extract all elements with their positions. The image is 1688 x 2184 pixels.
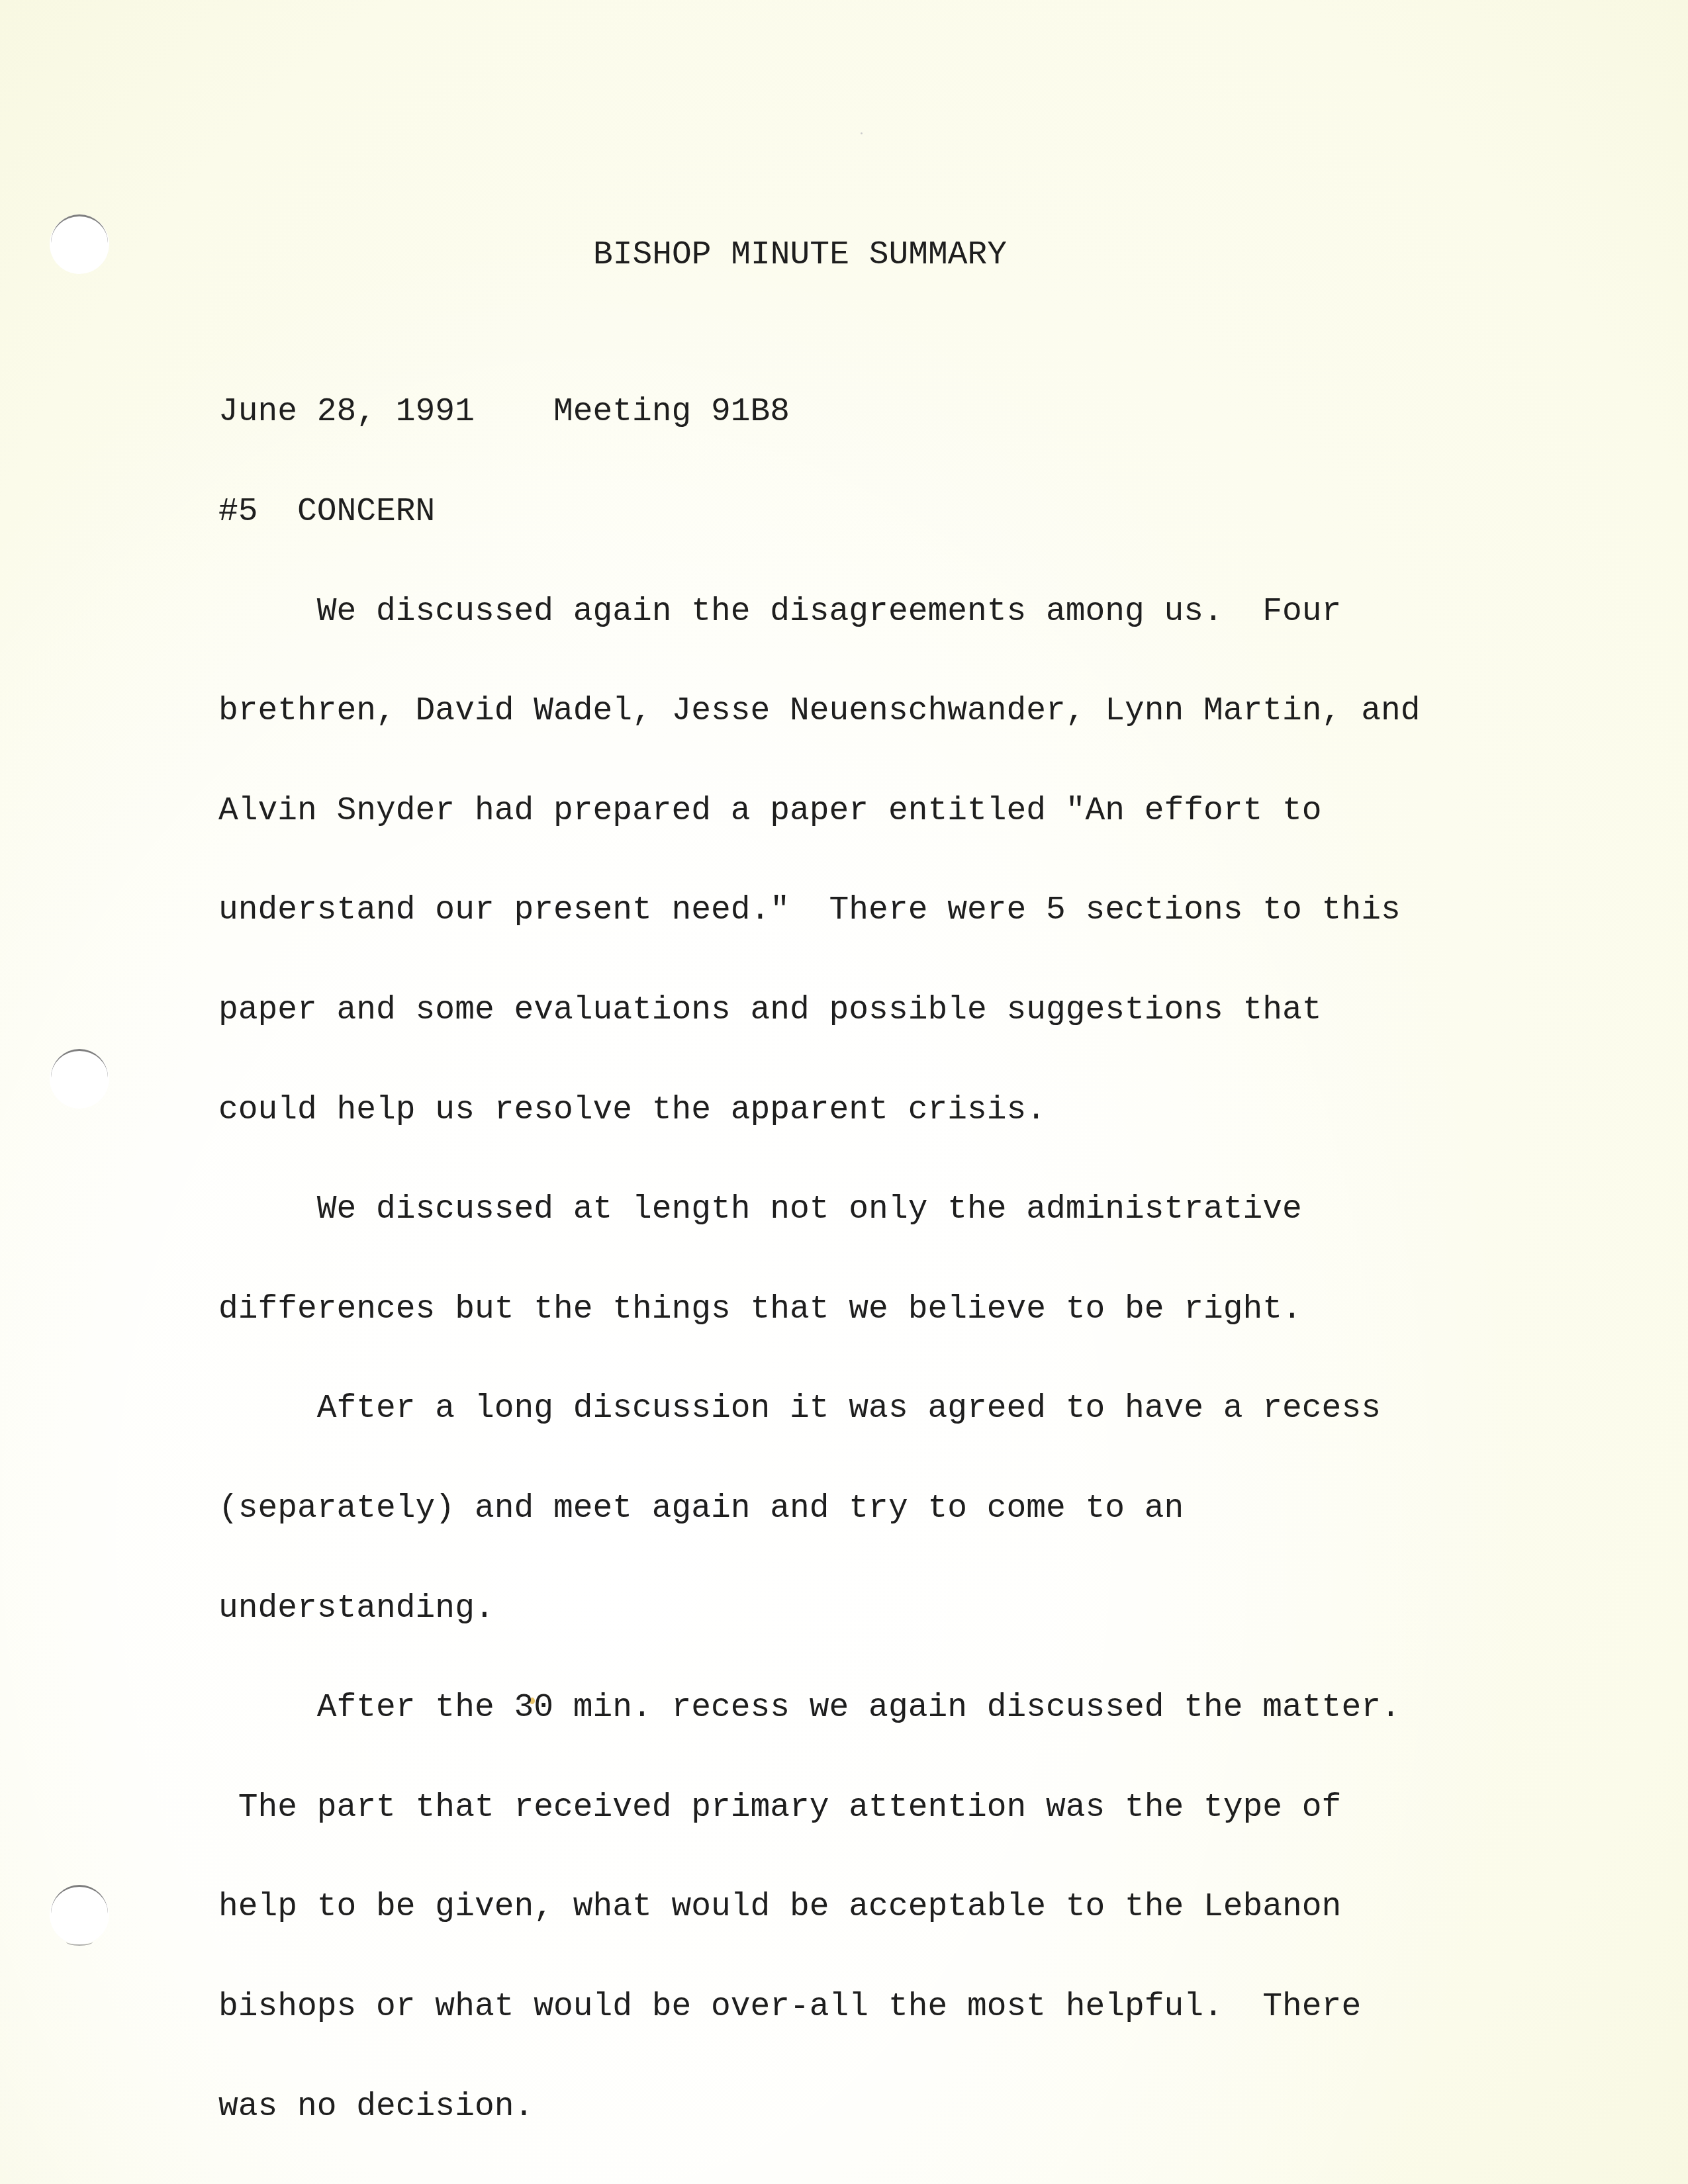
body-line: help to be given, what would be acceptab… xyxy=(218,1890,1420,1923)
body-line: paper and some evaluations and possible … xyxy=(218,993,1420,1026)
body-line: We discussed again the disagreements amo… xyxy=(218,595,1420,628)
body-line: After the 30 min. recess we again discus… xyxy=(218,1691,1420,1724)
body-line: (separately) and meet again and try to c… xyxy=(218,1492,1420,1525)
paper-speck xyxy=(861,132,863,134)
body-line: We discussed at length not only the admi… xyxy=(218,1193,1420,1226)
body-line: could help us resolve the apparent crisi… xyxy=(218,1093,1420,1126)
body-line: understanding. xyxy=(218,1592,1420,1625)
body-line: The part that received primary attention… xyxy=(218,1791,1420,1824)
punch-hole-top xyxy=(50,214,109,274)
document-body: June 28, 1991 Meeting 91B8 #5 CONCERN We… xyxy=(218,329,1420,2156)
punch-hole-bottom xyxy=(50,1885,109,1944)
body-line: understand our present need." There were… xyxy=(218,893,1420,927)
body-line: bishops or what would be over-all the mo… xyxy=(218,1990,1420,2023)
body-line: was no decision. xyxy=(218,2090,1420,2123)
body-line: differences but the things that we belie… xyxy=(218,1293,1420,1326)
body-line: After a long discussion it was agreed to… xyxy=(218,1392,1420,1425)
header-date-meeting-line: June 28, 1991 Meeting 91B8 xyxy=(218,395,1420,428)
header-item-line: #5 CONCERN xyxy=(218,495,1420,528)
document-title: BISHOP MINUTE SUMMARY xyxy=(593,238,1007,271)
body-line: Alvin Snyder had prepared a paper entitl… xyxy=(218,794,1420,827)
body-line: brethren, David Wadel, Jesse Neuenschwan… xyxy=(218,694,1420,727)
punch-hole-middle xyxy=(50,1049,109,1109)
